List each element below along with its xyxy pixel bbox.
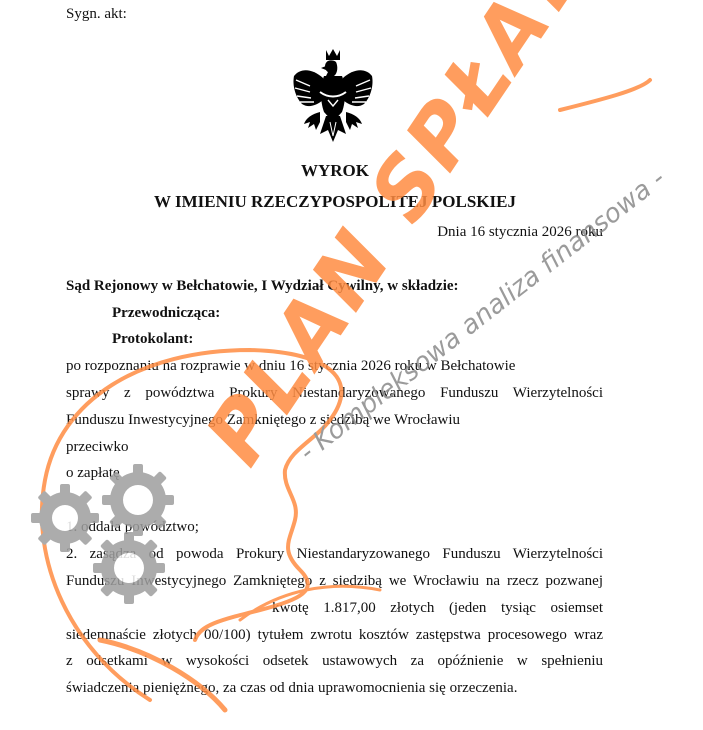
presiding-judge-label: Przewodnicząca: [112, 304, 220, 322]
ruling-point: z odsetkami w wysokości odsetek ustawowy… [66, 652, 603, 670]
polish-eagle-emblem-icon [290, 46, 376, 150]
judgment-subtitle: W IMIENIU RZECZYPOSPOLITEJ POLSKIEJ [0, 193, 670, 211]
intro-line: po rozpoznaniu na rozprawie w dniu 16 st… [66, 357, 515, 375]
ruling-point: Funduszu Inwestycyjnego Zamkniętego z si… [66, 572, 603, 590]
court-judgment-page: Sygn. akt: WYROK W IMIENIU RZECZYPOSPOLI… [0, 0, 703, 730]
court-clerk-label: Protokolant: [112, 330, 193, 348]
judgment-date: Dnia 16 stycznia 2026 roku [437, 223, 603, 241]
court-composition: Sąd Rejonowy w Bełchatowie, I Wydział Cy… [66, 277, 459, 295]
ruling-point: kwotę 1.817,00 złotych (jeden tysiąc osi… [272, 599, 603, 617]
intro-line: o zapłatę [66, 464, 120, 482]
intro-line: przeciwko [66, 438, 128, 456]
ruling-point: 1. oddala powództwo; [66, 518, 199, 536]
ruling-point: świadczenia pieniężnego, za czas od dnia… [66, 679, 517, 697]
ruling-point: siedemnaście złotych 00/100) tytułem zwr… [66, 626, 603, 644]
intro-line: sprawy z powództwa Prokury Niestandaryzo… [66, 384, 603, 402]
intro-line: Funduszu Inwestycyjnego Zamkniętego z si… [66, 411, 460, 429]
ruling-point: 2. zasądza od powoda Prokury Niestandary… [66, 545, 603, 563]
judgment-title: WYROK [0, 162, 670, 180]
case-signature-label: Sygn. akt: [66, 5, 127, 23]
